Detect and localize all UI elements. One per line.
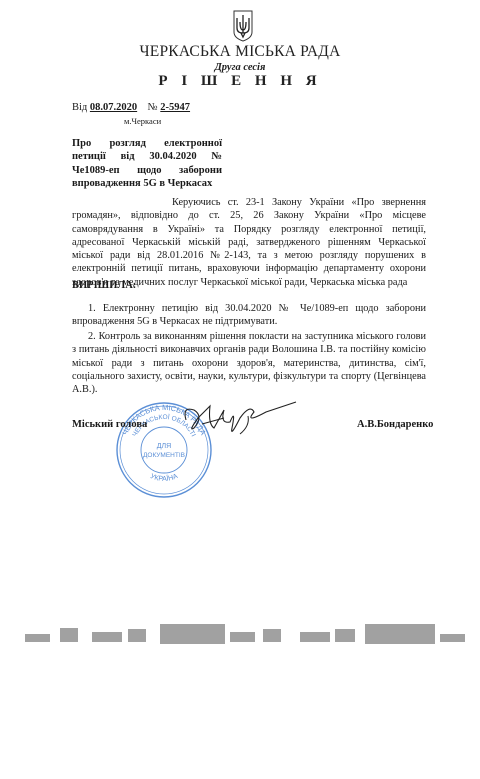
council-name: ЧЕРКАСЬКА МІСЬКА РАДА (0, 43, 480, 61)
scan-bleed-through (20, 612, 480, 647)
decided-heading: ВИРІШИЛА: (72, 280, 136, 291)
number-label: № (148, 102, 158, 113)
signatory-position: Міський голова (72, 419, 147, 430)
from-label: Від (72, 102, 87, 113)
document-subject: Про розгляд електронної петиції від 30.0… (72, 137, 222, 190)
session-label: Друга сесія (0, 62, 480, 73)
handwritten-signature (180, 398, 300, 443)
signatory-name: А.В.Бондаренко (357, 419, 433, 430)
stamp-bottom-text: УКРАЇНА (149, 473, 179, 483)
document-number: 2-5947 (160, 102, 190, 113)
preamble-paragraph: Керуючись ст. 23-1 Закону України «Про з… (72, 196, 426, 289)
document-date: 08.07.2020 (90, 102, 137, 113)
trident-coat-of-arms-icon (233, 10, 253, 42)
stamp-center-line2: ДОКУМЕНТІВ (143, 452, 185, 459)
decision-item-2: 2. Контроль за виконанням рішення поклас… (72, 330, 426, 396)
document-title: Р І Ш Е Н Н Я (0, 73, 480, 90)
stamp-center-line1: ДЛЯ (157, 443, 171, 450)
city-label: м.Черкаси (124, 116, 161, 126)
decision-item-1: 1. Електронну петицію від 30.04.2020 № Ч… (72, 302, 426, 329)
document-meta: Від 08.07.2020 № 2-5947 (72, 102, 190, 113)
